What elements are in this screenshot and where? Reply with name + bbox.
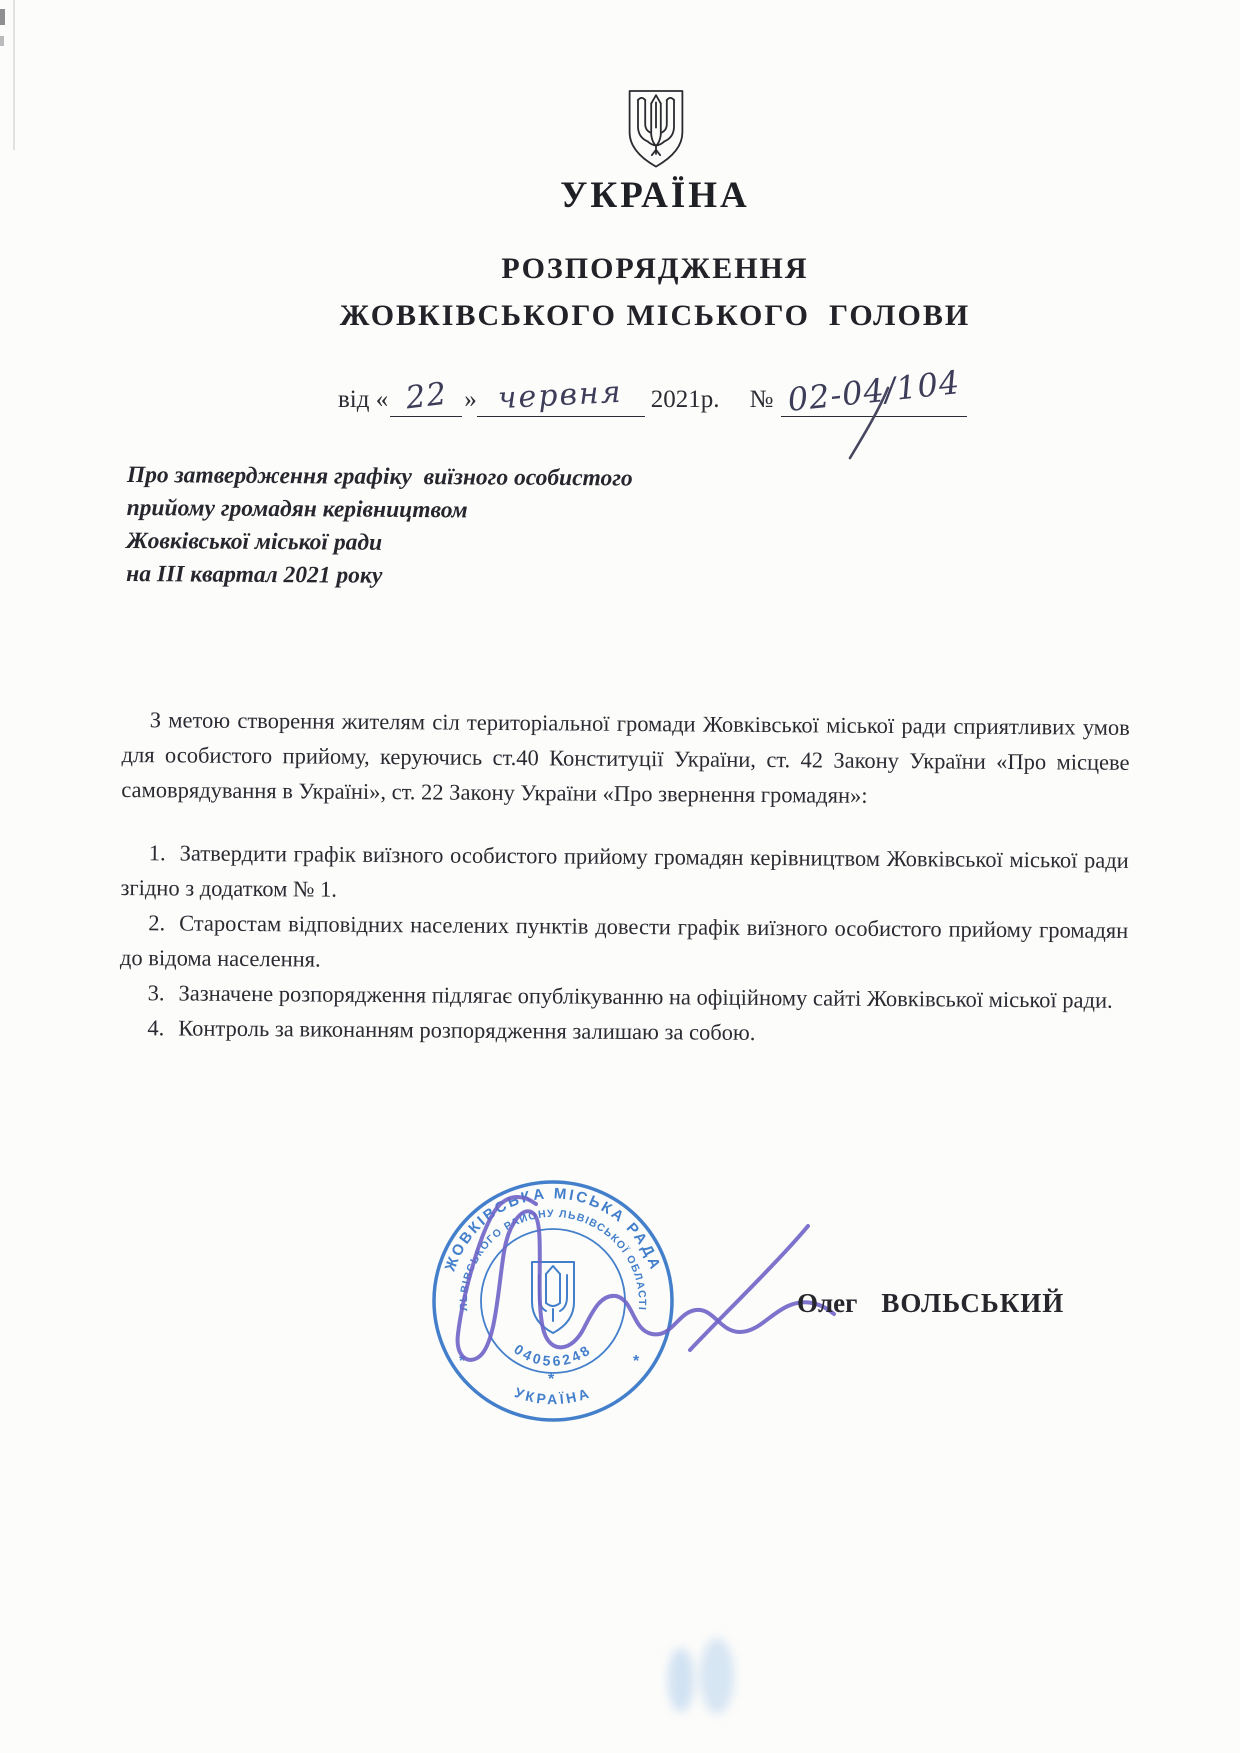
- date-day-slot: 22: [390, 380, 462, 417]
- intro-paragraph: З метою створення жителям сіл територіал…: [121, 702, 1130, 815]
- item-number: 4.: [147, 1015, 164, 1040]
- date-year: 2021р.: [651, 386, 720, 417]
- item-text: Затвердити графік виїзного особистого пр…: [120, 840, 1128, 901]
- scan-artifact: [0, 9, 5, 25]
- subject-line: на ІІІ квартал 2021 року: [126, 558, 632, 595]
- scanned-document-page: УКРАЇНА РОЗПОРЯДЖЕННЯ ЖОВКІВСЬКОГО МІСЬК…: [0, 0, 1240, 1753]
- scan-artifact: [0, 36, 4, 46]
- body-text: З метою створення жителям сіл територіал…: [119, 702, 1130, 1053]
- item-number: 2.: [148, 910, 165, 935]
- country-title: УКРАЇНА: [70, 174, 1240, 217]
- order-item: 1.Затвердити графік виїзного особистого …: [120, 835, 1129, 913]
- handwriting-slash-tail: [826, 386, 896, 460]
- item-number: 3.: [148, 980, 165, 1005]
- number-sign: №: [749, 386, 773, 417]
- order-item: 2.Старостам відповідних населених пункті…: [120, 905, 1129, 983]
- handwritten-day: 22: [403, 376, 449, 417]
- document-type-title: РОЗПОРЯДЖЕННЯ: [70, 252, 1240, 286]
- item-text: Зазначене розпорядження підлягає опублік…: [178, 980, 1112, 1012]
- handwritten-month: червня: [497, 375, 623, 416]
- item-text: Контроль за виконанням розпорядження зал…: [178, 1015, 755, 1045]
- item-text: Старостам відповідних населених пунктів …: [120, 910, 1128, 971]
- ink-smudge: [668, 1648, 694, 1712]
- tryzub-emblem-icon: [620, 86, 692, 174]
- subject-block: Про затвердження графіку виїзного особис…: [126, 459, 633, 595]
- item-number: 1.: [149, 840, 166, 865]
- subject-line: Жовківської міської ради: [126, 525, 632, 562]
- subject-line: Про затвердження графіку виїзного особис…: [127, 459, 633, 496]
- date-month-slot: червня: [477, 381, 645, 417]
- signer-first-name: Олег: [797, 1288, 857, 1318]
- signer-name: ОлегВОЛЬСЬКИЙ: [797, 1288, 1064, 1319]
- date-close-quote: »: [464, 386, 477, 417]
- subject-line: прийому громадян керівництвом: [127, 492, 633, 529]
- date-prefix: від «: [338, 386, 388, 417]
- signer-last-name: ВОЛЬСЬКИЙ: [881, 1288, 1064, 1318]
- issuer-title: ЖОВКІВСЬКОГО МІСЬКОГО ГОЛОВИ: [70, 299, 1240, 333]
- scan-edge-line: [13, 0, 15, 150]
- ink-smudge: [700, 1638, 734, 1714]
